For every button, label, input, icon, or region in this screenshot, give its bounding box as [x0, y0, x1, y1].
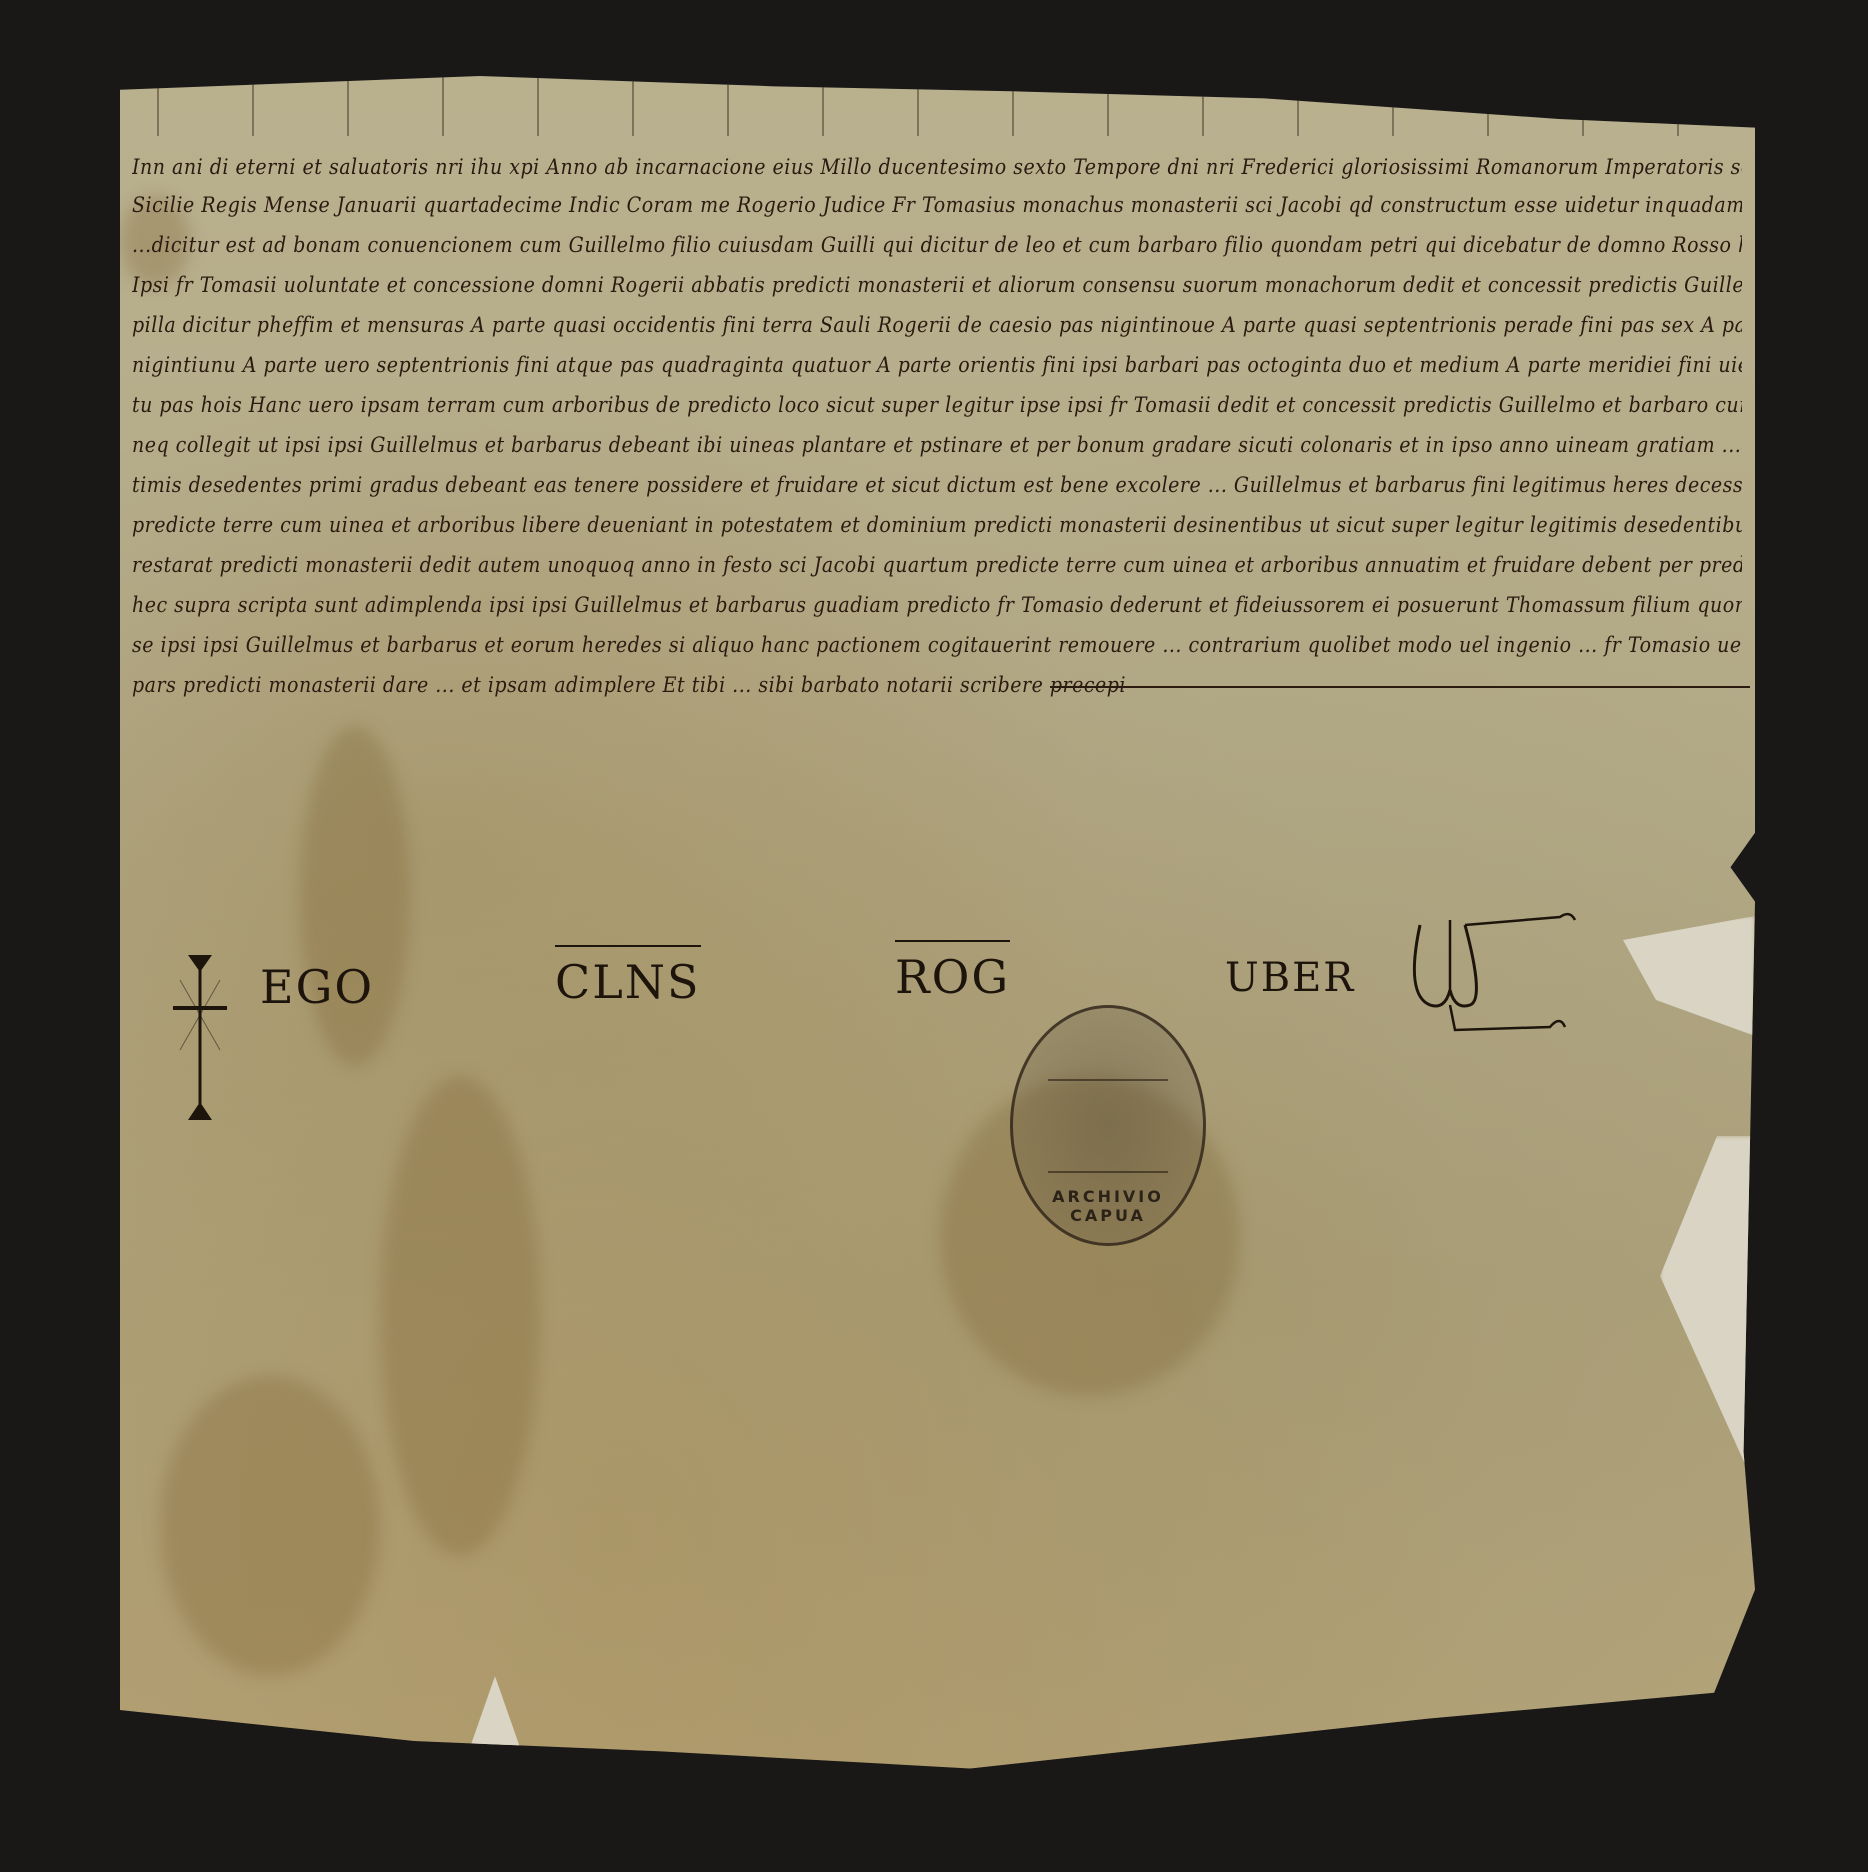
text-line-9: timis desedentes primi gradus debeant ea…	[132, 472, 1742, 497]
seal-legend: ARCHIVIO CAPUA	[1013, 1187, 1203, 1225]
text-line-5: pilla dicitur pheffim et mensuras A part…	[132, 312, 1742, 337]
text-line-11: restarat predicti monasterii dedit autem…	[132, 552, 1742, 577]
stain	[380, 1076, 540, 1556]
stain	[160, 1376, 380, 1676]
worn-area	[460, 1676, 530, 1776]
signature-rog: ROG	[895, 950, 1010, 1004]
stain	[300, 726, 410, 1066]
text-line-3: ...dicitur est ad bonam conuencionem cum…	[132, 232, 1742, 257]
worn-area	[1660, 1136, 1755, 1486]
text-line-8: neq collegit ut ipsi ipsi Guillelmus et …	[132, 432, 1742, 457]
seal-emblem	[1048, 1079, 1168, 1173]
ascender-strokes	[120, 76, 1755, 136]
text-line-1: Inn ani di eterni et saluatoris nri ihu …	[132, 154, 1742, 179]
abbreviation-bar	[895, 940, 1010, 942]
monogram-icon	[1400, 905, 1630, 1035]
text-line-2: Sicilie Regis Mense Januarii quartadecim…	[132, 192, 1742, 217]
signature-ego: EGO	[260, 960, 374, 1014]
text-line-6: nigintiunu A parte uero septentrionis fi…	[132, 352, 1742, 377]
cross-icon	[170, 950, 230, 1130]
text-line-12: hec supra scripta sunt adimplenda ipsi i…	[132, 592, 1742, 617]
archive-seal-stamp: ARCHIVIO CAPUA	[1010, 1005, 1206, 1246]
abbreviation-bar	[555, 945, 701, 947]
text-line-10: predicte terre cum uinea et arboribus li…	[132, 512, 1742, 537]
signature-uber: UBER	[1225, 955, 1355, 1001]
signature-rog-text: ROG	[895, 950, 1010, 1004]
signature-clns: CLNS	[555, 955, 701, 1009]
signature-clns-text: CLNS	[555, 955, 701, 1009]
text-line-4: Ipsi fr Tomasii uoluntate et concessione…	[132, 272, 1742, 297]
text-line-7: tu pas hois Hanc uero ipsam terram cum a…	[132, 392, 1742, 417]
closing-rule	[1050, 686, 1750, 688]
text-line-13: se ipsi ipsi Guillelmus et barbarus et e…	[132, 632, 1742, 657]
text-line-14: pars predicti monasterii dare ... et ips…	[132, 672, 1742, 697]
